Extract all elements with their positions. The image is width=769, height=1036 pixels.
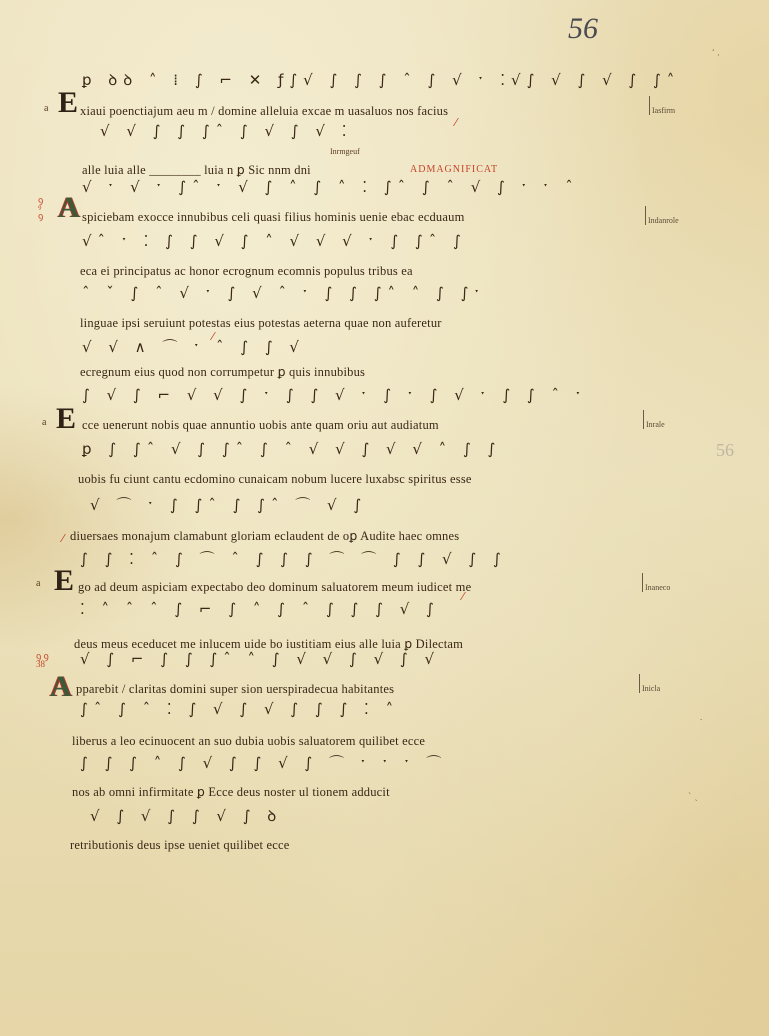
neume-row: ꝑ ∫ ∫ˆ √ ∫ ∫ˆ ∫ ˆ √ √ ∫ √ √ ˄ ∫ ∫: [82, 440, 501, 458]
text-line: nos ab omni infirmitate ꝑ Ecce deus nost…: [72, 784, 390, 800]
correction-mark: ⁄: [455, 116, 457, 129]
correction-mark: ⁄: [462, 590, 464, 603]
neume-row: √ √ ∧ ⌒ ˑ ˆ ∫ ∫ √: [82, 336, 305, 357]
neume-row: √ˆ ˑ ⁚ ∫ ∫ √ ∫ ˄ √ √ √ ˑ ∫ ∫ˆ ∫: [82, 232, 467, 250]
chant-cue: a: [42, 417, 46, 428]
ink-speck: ʻ ˌ: [712, 48, 719, 57]
manuscript-page: 56 56 a E ꝑ ꝺꝺ ˄ ⁞ ∫ ⌐ ✕ ƒ∫√ ∫ ∫ ∫ ˆ ∫ √…: [0, 0, 769, 1036]
margin-note: Indanrole: [645, 206, 679, 225]
side-cue: ꝯ ꝰ ꝯ: [38, 196, 46, 220]
neume-row: ꝑ ꝺꝺ ˄ ⁞ ∫ ⌐ ✕ ƒ∫√ ∫ ∫ ∫ ˆ ∫ √ ˑ ⁚√∫ √ ∫…: [82, 70, 680, 90]
text-line: pparebit / claritas domini super sion ue…: [76, 682, 394, 697]
text-line: cce uenerunt nobis quae annuntio uobis a…: [82, 418, 439, 433]
initial-letter: E: [56, 404, 76, 434]
neume-row: ∫ ∫ ∫ ˄ ∫ √ ∫ ∫ √ ∫ ⌒ ˑ ˑ ˑ ⌒: [80, 752, 447, 773]
rubric: ADMAGNIFICAT: [410, 164, 498, 175]
text-line: liberus a leo ecinuocent an suo dubia uo…: [72, 734, 425, 749]
margin-note: Inaneco: [642, 573, 670, 592]
neume-row: ∫ ∫ ⁚ ˆ ∫ ⌒ ˆ ∫ ∫ ∫ ⌒ ⌒ ∫ ∫ √ ∫ ∫: [80, 548, 507, 569]
text-line: diuersaes monajum clamabunt gloriam ecla…: [70, 528, 459, 544]
neume-row: ∫ √ ∫ ⌐ √ √ ∫ ˑ ∫ ∫ √ ˑ ∫ ˑ ∫ √ ˑ ∫ ∫ ˆ …: [82, 386, 587, 404]
folio-number: 56: [568, 12, 598, 46]
ink-speck: ˋ ˎ: [688, 792, 699, 801]
text-line: linguae ipsi seruiunt potestas eius pote…: [80, 316, 442, 331]
margin-note: Inicla: [639, 674, 660, 693]
margin-note: Iasfirm: [649, 96, 675, 115]
text-line: eca ei principatus ac honor ecrognum eco…: [80, 264, 413, 279]
decorated-initial: A: [50, 672, 72, 702]
margin-note: Inrale: [643, 410, 665, 429]
text-line: spiciebam exocce innubibus celi quasi fi…: [82, 210, 465, 225]
text-line: go ad deum aspiciam expectabo deo dominu…: [78, 580, 471, 595]
ghost-folio-number: 56: [716, 440, 734, 461]
side-cue: ꝯ ꝯ 38: [36, 652, 50, 668]
text-line: xiaui poenctiajum aeu m / domine allelui…: [80, 104, 448, 119]
neume-row: ⁚ ˄ ˆ ˆ ∫ ⌐ ∫ ˄ ∫ ˆ ∫ ∫ ∫ √ ∫: [80, 600, 440, 618]
initial-letter: E: [58, 88, 78, 118]
gloss: Inrmgeuf: [330, 147, 360, 156]
neume-row: √ ˑ √ ˑ ∫ˆ ˑ √ ∫ ˄ ∫ ˄ ⁚ ∫ˆ ∫ ˆ √ ∫ ˑ ˑ …: [82, 178, 579, 196]
text-line: uobis fu ciunt cantu ecdomino cunaicam n…: [78, 472, 472, 487]
neume-row: ˆ ˇ ∫ ˆ √ ˑ ∫ √ ˆ ˑ ∫ ∫ ∫˄ ˄ ∫ ∫ˑ: [82, 284, 486, 302]
neume-row: √ ∫ ⌐ ∫ ∫ ∫ˆ ˄ ∫ √ √ ∫ √ ∫ √: [80, 650, 440, 668]
neume-row: √ ∫ √ ∫ ∫ √ ∫ ꝺ: [90, 806, 282, 826]
neume-row: √ ⌒ ˑ ∫ ∫ˆ ∫ ∫ˆ ⌒ √ ∫: [90, 494, 367, 515]
correction-mark: ⁄: [62, 532, 64, 545]
ink-speck: ˑ: [700, 716, 703, 725]
text-line: retributionis deus ipse ueniet quilibet …: [70, 838, 290, 853]
chant-cue: a: [44, 103, 48, 114]
decorated-initial: A: [58, 193, 80, 223]
neume-row: √ √ ∫ ∫ ∫ˆ ∫ √ ∫ √ ⁚: [100, 122, 353, 140]
text-line: alle luia alle ________ luia n ꝑ Sic nnm…: [82, 162, 311, 178]
neume-row: ∫ˆ ∫ ˆ ⁚ ∫ √ ∫ √ ∫ ∫ ∫ ⁚ ˄: [80, 700, 399, 718]
initial-letter: E: [54, 566, 74, 596]
text-line: ecregnum eius quod non corrumpetur ꝑ qui…: [80, 364, 365, 380]
chant-cue: a: [36, 578, 40, 589]
